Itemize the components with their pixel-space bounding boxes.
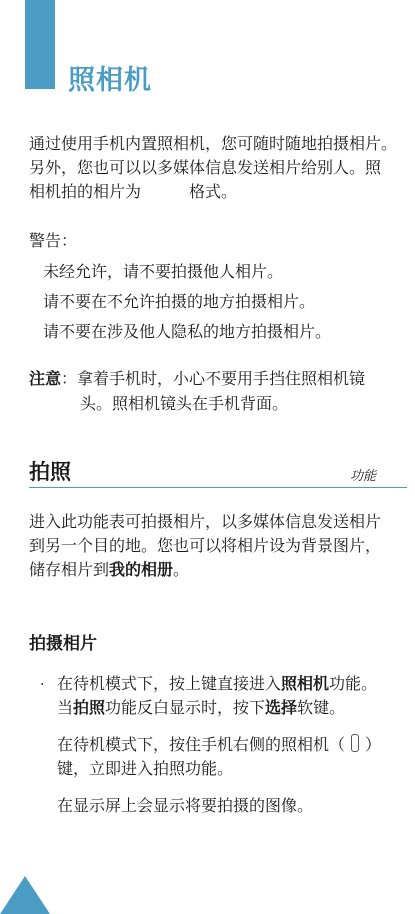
intro-paragraph: 通过使用手机内置照相机，您可随时随地拍摄相片。 另外，您也可以以多媒体信息发送相… (29, 132, 404, 204)
warning-item: 请不要在涉及他人隐私的地方拍摄相片。 (43, 319, 331, 342)
step-bullet: . (40, 673, 44, 689)
intro-line: 通过使用手机内置照相机，您可随时随地拍摄相片。 (29, 132, 404, 156)
warning-title: 警告： (29, 228, 77, 251)
my-album-term: 我的相册 (109, 560, 173, 579)
section-title: 拍照 (29, 456, 71, 486)
step-1: 在待机模式下，按上键直接进入照相机功能。 当拍照功能反白显示时，按下选择软键。 (57, 672, 407, 720)
warning-item: 请不要在不允许拍摄的地方拍摄相片。 (43, 289, 315, 312)
note-label: 注意 (29, 369, 61, 388)
step-3: 在显示屏上会显示将要拍摄的图像。 (57, 794, 407, 818)
note-text: ：拿着手机时，小心不要用手挡住照相机镜 (61, 369, 365, 388)
description-line: 进入此功能表可拍摄相片，以多媒体信息发送相片 (29, 510, 404, 534)
section-description: 进入此功能表可拍摄相片，以多媒体信息发送相片 到另一个目的地。您也可以将相片设为… (29, 510, 404, 582)
section-divider (29, 487, 407, 488)
warning-item: 未经允许，请不要拍摄他人相片。 (43, 259, 283, 282)
section-tag: 功能 (350, 465, 376, 484)
intro-line: 相机拍的相片为 格式。 (29, 180, 404, 204)
note-text-continued: 头。照相机镜头在手机背面。 (80, 391, 288, 414)
note-block: 注意：拿着手机时，小心不要用手挡住照相机镜 (29, 367, 365, 391)
page-title: 照相机 (68, 58, 152, 97)
subsection-title: 拍摄相片 (29, 629, 97, 654)
description-line: 储存相片到我的相册。 (29, 558, 404, 582)
intro-line: 另外，您也可以以多媒体信息发送相片给别人。照 (29, 156, 404, 180)
camera-key-icon (351, 734, 359, 752)
chapter-tab-marker (25, 0, 55, 89)
step-2: 在待机模式下，按住手机右侧的照相机（） 键，立即进入拍照功能。 (57, 733, 407, 781)
description-line: 到另一个目的地。您也可以将相片设为背景图片， (29, 534, 404, 558)
page-corner-triangle-icon (0, 876, 50, 914)
